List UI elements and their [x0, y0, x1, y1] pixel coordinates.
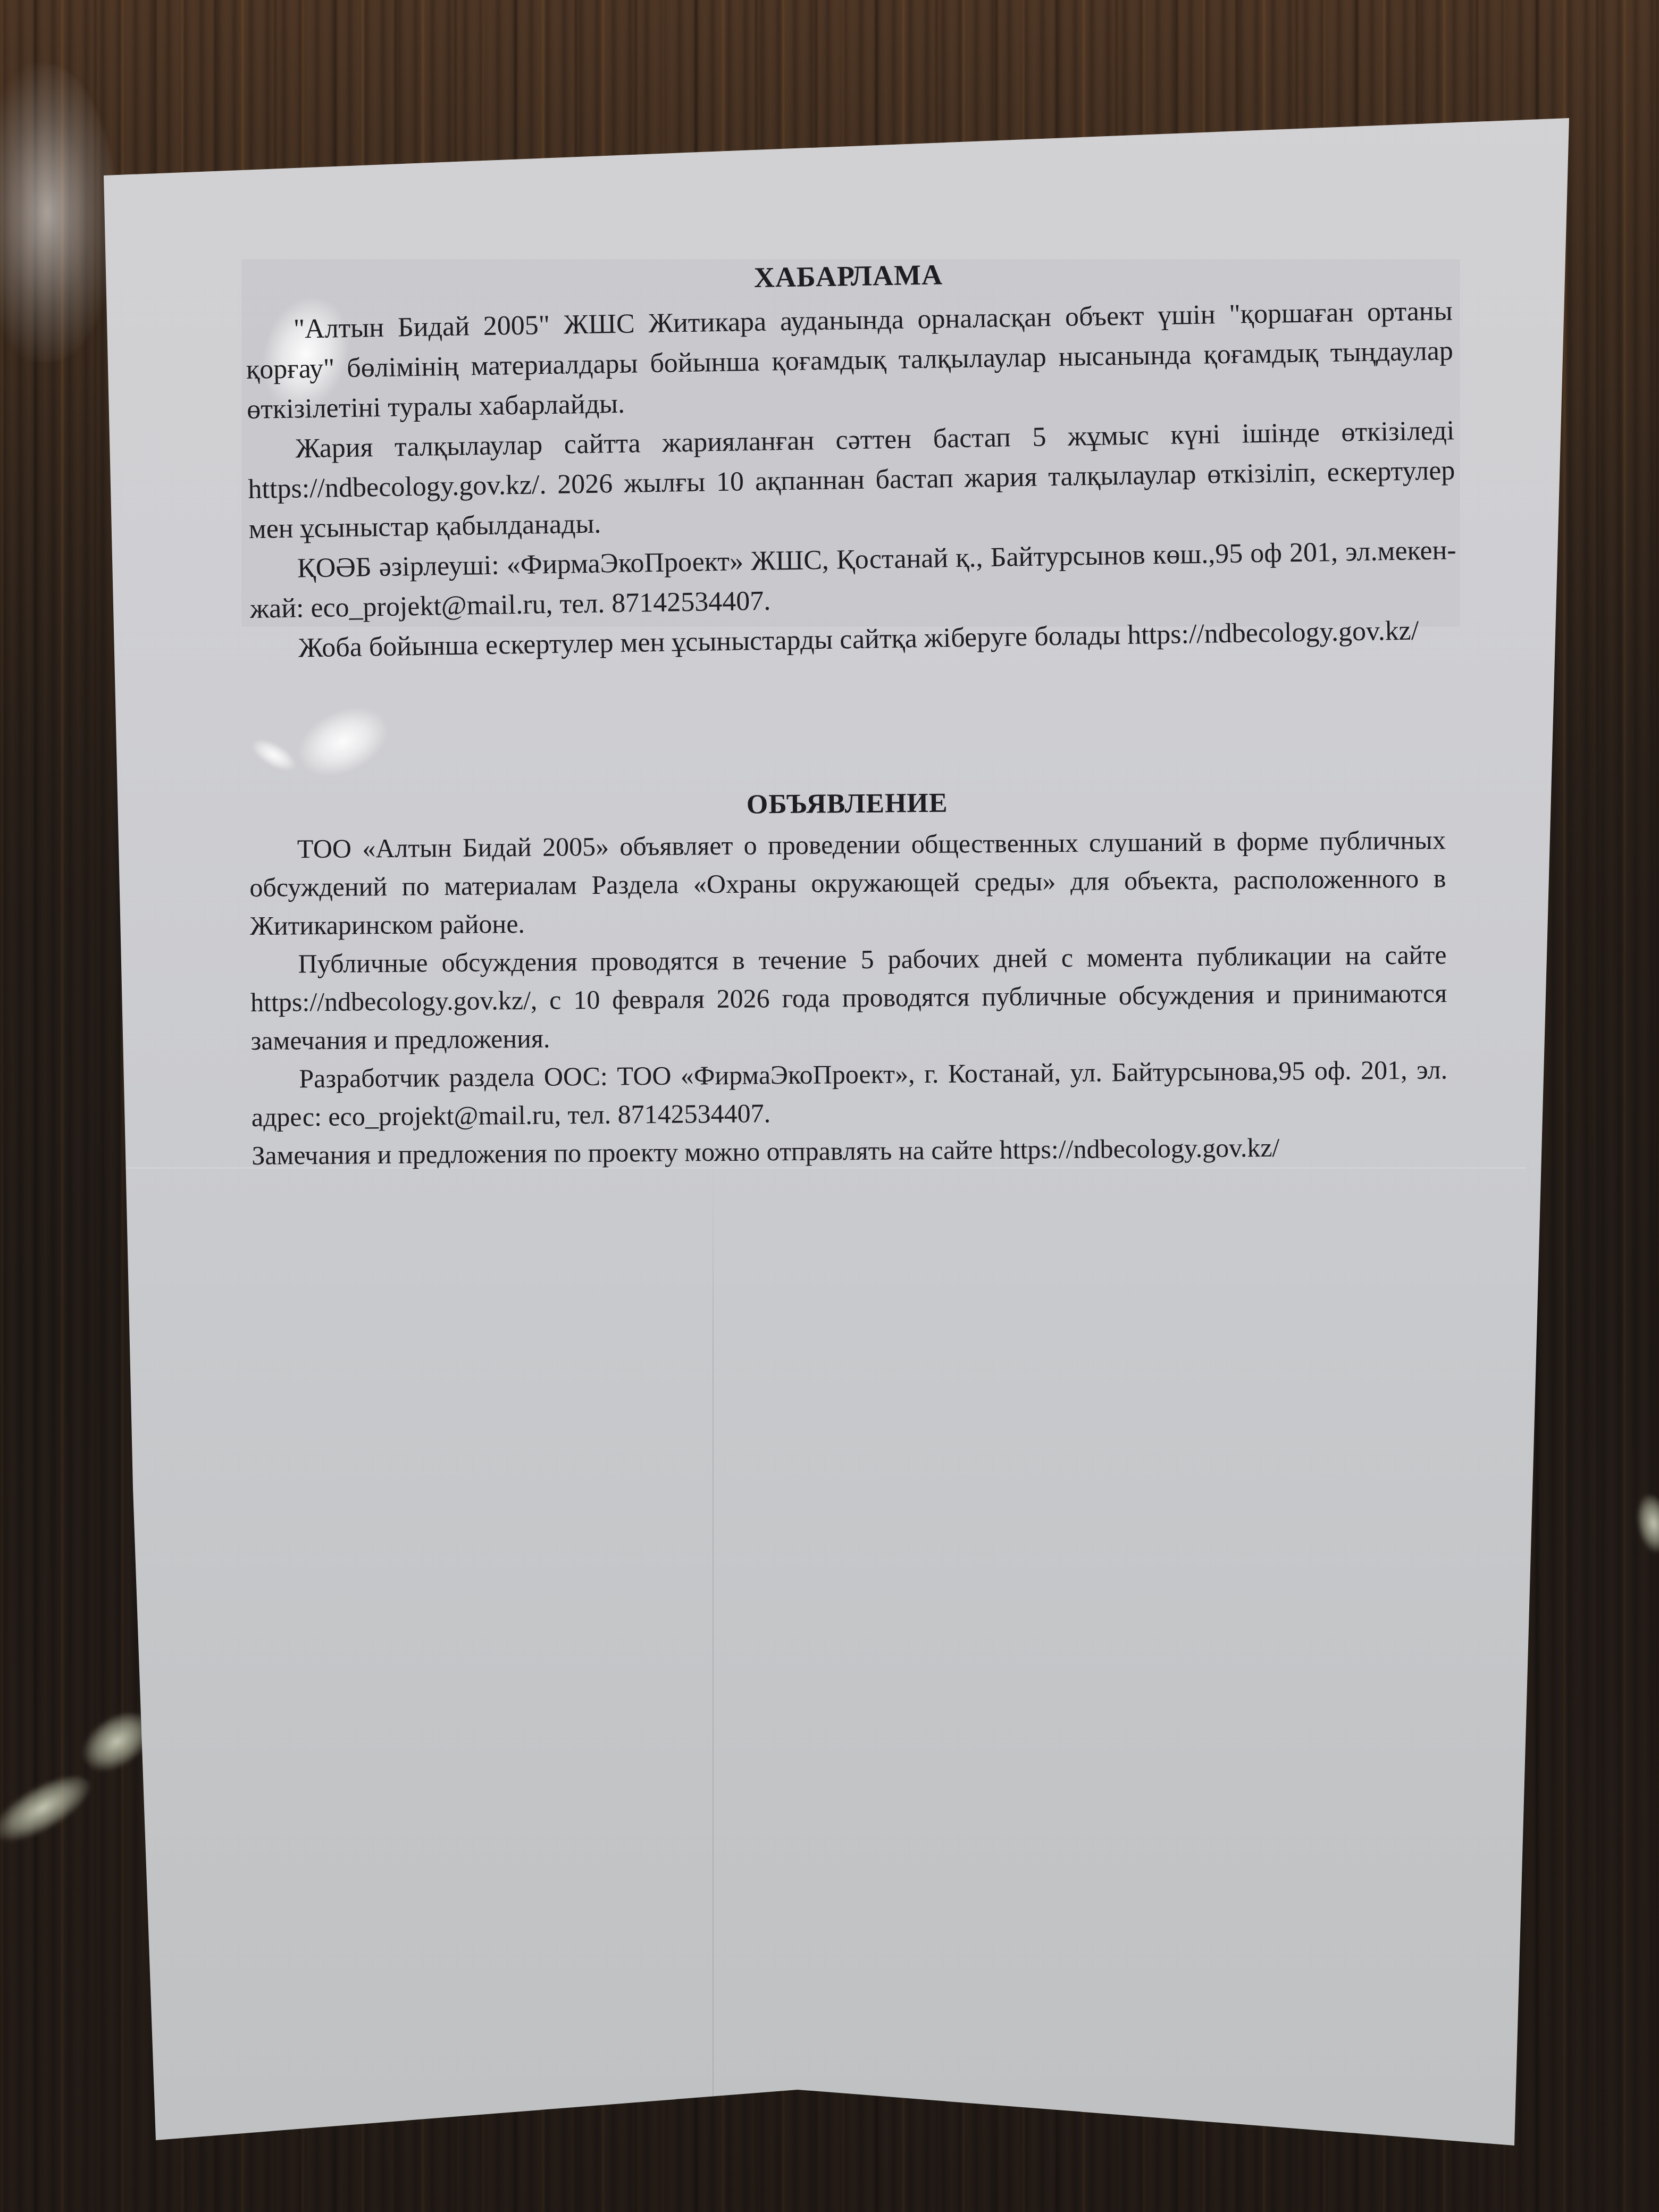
notice-russian-title: ОБЪЯВЛЕНИЕ — [249, 780, 1445, 828]
notice-kazakh: ХАБАРЛАМА "Алтын Бидай 2005" ЖШС Житикар… — [245, 247, 1458, 669]
notice-russian: ОБЪЯВЛЕНИЕ ТОО «Алтын Бидай 2005» объявл… — [249, 780, 1448, 1175]
tape-glare — [290, 696, 397, 787]
notice-russian-paragraph-intro: ТОО «Алтын Бидай 2005» объявляет о прове… — [249, 820, 1447, 945]
notice-kazakh-paragraph-schedule: Жария талқылаулар сайтта жарияланған сәт… — [247, 410, 1456, 549]
notice-russian-paragraph-developer: Разработчик раздела ООС: ТОО «ФирмаЭкоПр… — [251, 1050, 1448, 1136]
notice-russian-paragraph-schedule: Публичные обсуждения проводятся в течени… — [250, 935, 1447, 1060]
paper-fold-line — [713, 1159, 714, 2116]
paper-sheet: ХАБАРЛАМА "Алтын Бидай 2005" ЖШС Житикар… — [0, 0, 1659, 2212]
notice-kazakh-paragraph-intro: "Алтын Бидай 2005" ЖШС Житикара ауданынд… — [245, 291, 1454, 430]
